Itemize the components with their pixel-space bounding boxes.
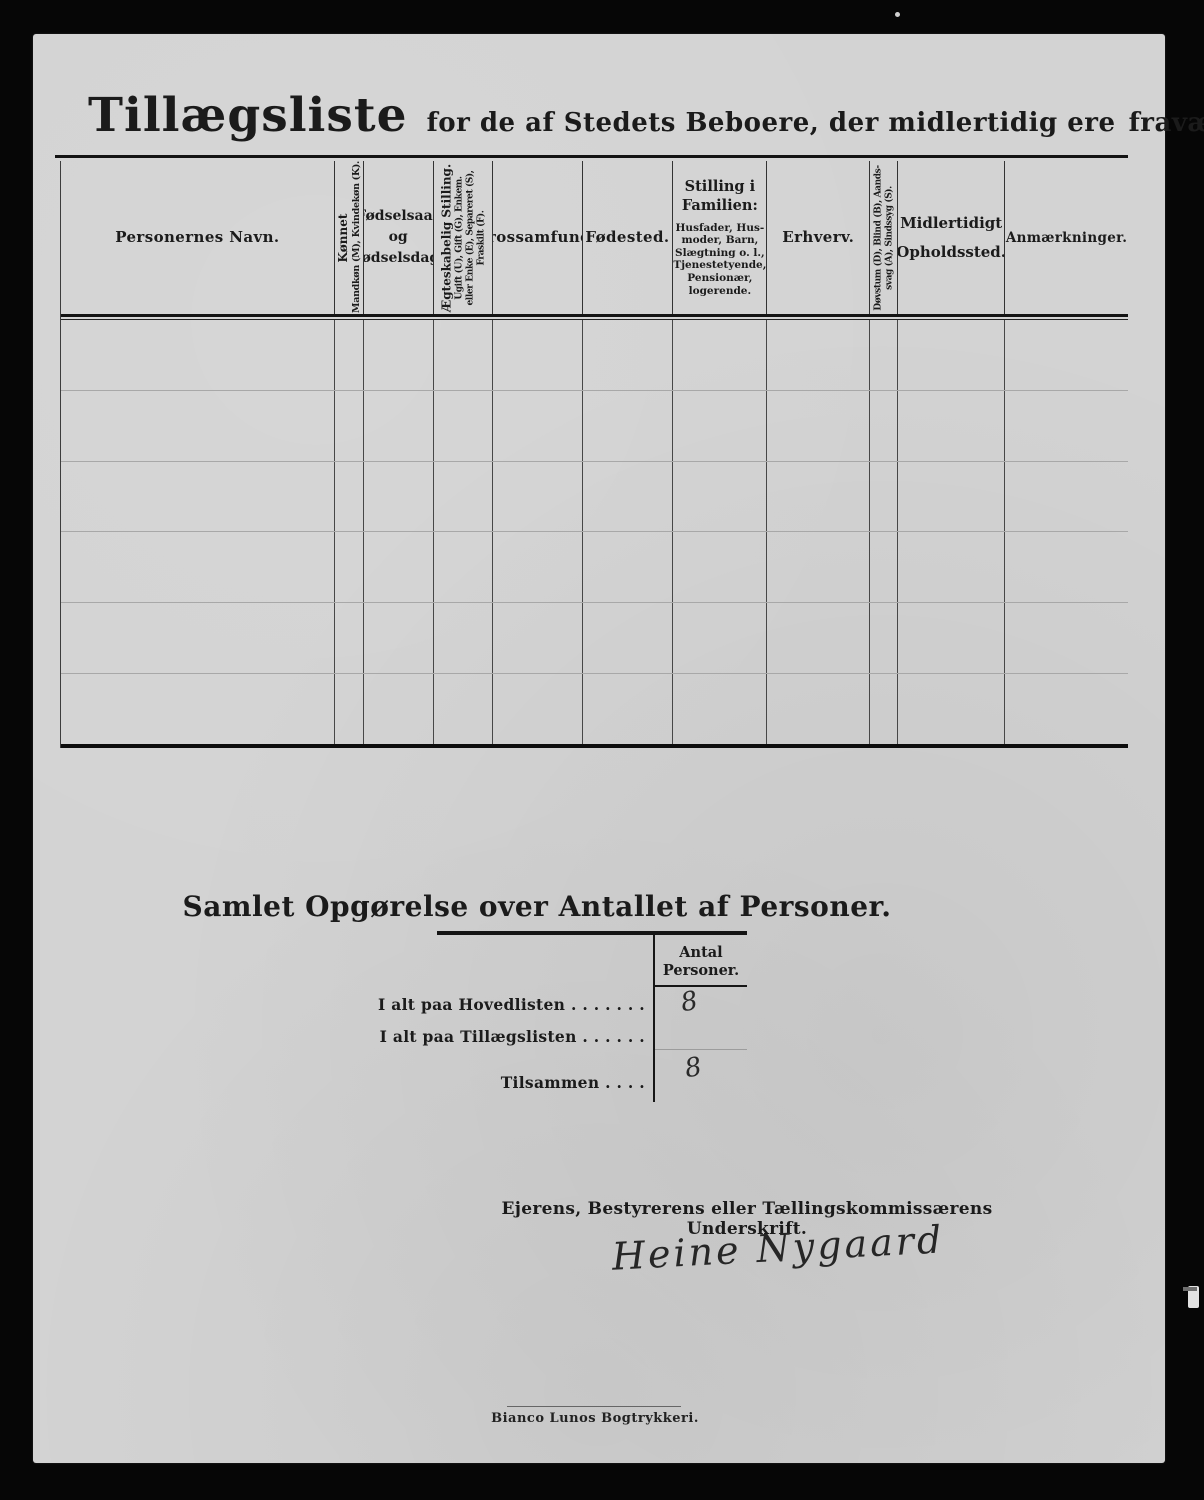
column-header-label: Døvstum (D), Blind (B), Aands-: [873, 163, 883, 313]
table-cell-sex: [335, 462, 364, 532]
column-header-label: Midlertidigt: [900, 209, 1002, 238]
paper-sheet: Tillægsliste for de af Stedets Beboere, …: [33, 34, 1165, 1463]
table-cell-birthplace: [583, 462, 674, 532]
table-cell-faith: [493, 532, 583, 602]
table-cell-birthplace: [583, 674, 674, 744]
page-title-main: Tillægsliste: [88, 88, 407, 143]
scan-dash: [1183, 1287, 1197, 1291]
column-header-faith: Trossamfund.: [493, 161, 583, 314]
column-header-label: Anmærkninger.: [1006, 230, 1127, 246]
summary-row-label: I alt paa Hovedlisten . . . . . . .: [378, 995, 645, 1014]
title-rule: [55, 155, 1128, 158]
column-header-residence: Midlertidigt Opholdssted.: [898, 161, 1005, 314]
column-header-label: Opholdssted.: [898, 238, 1005, 267]
summary-heading: Samlet Opgørelse over Antallet af Person…: [137, 890, 937, 923]
page-title: Tillægsliste for de af Stedets Beboere, …: [88, 88, 1138, 143]
summary-faint-rule: [655, 1049, 747, 1050]
census-table: Personernes Navn. Kønnet Mandkøn (M), Kv…: [60, 161, 1128, 748]
table-cell-family: [673, 674, 767, 744]
table-cell-faith: [493, 462, 583, 532]
table-cell-birth: [364, 391, 434, 461]
table-cell-family: [673, 462, 767, 532]
table-cell-occupation: [767, 603, 870, 673]
table-cell-birthplace: [583, 532, 674, 602]
table-row: [61, 674, 1128, 744]
table-row: [61, 391, 1128, 462]
table-cell-faith: [493, 320, 583, 390]
column-header-sex: Kønnet Mandkøn (M), Kvindekøn (K).: [335, 161, 364, 314]
column-header-label: svag (A), Sindssyg (S).: [884, 163, 894, 313]
table-cell-remarks: [1005, 462, 1128, 532]
table-cell-marital: [434, 391, 493, 461]
column-header-marital: Ægteskabelig Stilling. Ugift (U), Gift (…: [434, 161, 493, 314]
column-header-label: Ægteskabelig Stilling.: [439, 163, 453, 313]
column-header-label: Fødselsaar: [364, 206, 434, 227]
table-cell-birth: [364, 603, 434, 673]
table-cell-name: [61, 462, 335, 532]
scanned-page: Tillægsliste for de af Stedets Beboere, …: [0, 0, 1204, 1500]
column-header-remarks: Anmærkninger.: [1005, 161, 1128, 314]
vertical-label: Kønnet Mandkøn (M), Kvindekøn (K).: [336, 163, 362, 313]
column-header-family: Stilling i Familien: Husfader, Hus- mode…: [673, 161, 767, 314]
table-cell-disability: [870, 603, 898, 673]
table-cell-residence: [898, 391, 1005, 461]
table-cell-birth: [364, 674, 434, 744]
table-cell-marital: [434, 462, 493, 532]
table-cell-birth: [364, 462, 434, 532]
table-cell-faith: [493, 603, 583, 673]
table-cell-family: [673, 391, 767, 461]
page-title-emphasis: fraværende.: [1129, 108, 1204, 138]
table-cell-occupation: [767, 391, 870, 461]
table-body: [61, 320, 1128, 748]
column-header-name: Personernes Navn.: [61, 161, 335, 314]
table-cell-family: [673, 320, 767, 390]
table-cell-remarks: [1005, 320, 1128, 390]
table-row: [61, 320, 1128, 391]
table-cell-birth: [364, 320, 434, 390]
summary-values-column: Antal Personer. 8 8: [653, 935, 747, 1102]
table-cell-residence: [898, 320, 1005, 390]
table-cell-disability: [870, 391, 898, 461]
column-header-label: Ugift (U), Gift (G), Enkem.: [454, 163, 464, 313]
table-cell-residence: [898, 462, 1005, 532]
summary-labels: I alt paa Hovedlisten . . . . . . . I al…: [437, 935, 653, 1102]
table-cell-disability: [870, 320, 898, 390]
table-row: [61, 462, 1128, 533]
table-cell-faith: [493, 391, 583, 461]
table-cell-sex: [335, 320, 364, 390]
table-cell-birthplace: [583, 603, 674, 673]
table-row: [61, 532, 1128, 603]
table-cell-birth: [364, 532, 434, 602]
table-cell-marital: [434, 320, 493, 390]
handwritten-count-hovedlisten: 8: [679, 986, 701, 1018]
table-header-row: Personernes Navn. Kønnet Mandkøn (M), Kv…: [61, 161, 1128, 314]
table-cell-remarks: [1005, 603, 1128, 673]
summary-row-label: I alt paa Tillægslisten . . . . . .: [380, 1027, 645, 1046]
table-cell-birthplace: [583, 320, 674, 390]
column-header-label: Stilling i Familien:: [682, 178, 758, 216]
column-header-occupation: Erhverv.: [767, 161, 870, 314]
column-header-birthplace: Fødested.: [583, 161, 674, 314]
table-cell-occupation: [767, 320, 870, 390]
scan-speck: [895, 12, 900, 17]
table-cell-family: [673, 603, 767, 673]
table-cell-residence: [898, 603, 1005, 673]
table-cell-marital: [434, 532, 493, 602]
table-cell-remarks: [1005, 391, 1128, 461]
footer-rule: [507, 1406, 681, 1407]
table-cell-occupation: [767, 674, 870, 744]
table-cell-marital: [434, 674, 493, 744]
table-cell-name: [61, 391, 335, 461]
table-cell-disability: [870, 532, 898, 602]
table-cell-remarks: [1005, 532, 1128, 602]
table-cell-name: [61, 603, 335, 673]
table-cell-remarks: [1005, 674, 1128, 744]
column-header-label: Fødested.: [585, 228, 669, 247]
table-cell-disability: [870, 462, 898, 532]
handwritten-count-tilsammen: 8: [683, 1052, 705, 1084]
page-title-rest: for de af Stedets Beboere, der midlertid…: [427, 108, 1116, 138]
column-header-disability: Døvstum (D), Blind (B), Aands- svag (A),…: [870, 161, 898, 314]
table-row: [61, 603, 1128, 674]
table-cell-marital: [434, 603, 493, 673]
table-cell-residence: [898, 532, 1005, 602]
column-header-label: og: [389, 227, 408, 248]
printer-imprint: Bianco Lunos Bogtrykkeri.: [445, 1411, 745, 1426]
table-cell-family: [673, 532, 767, 602]
column-header-label: Trossamfund.: [493, 228, 583, 247]
column-header-birth: Fødselsaar og Fødselsdag.: [364, 161, 434, 314]
table-cell-disability: [870, 674, 898, 744]
table-cell-birthplace: [583, 391, 674, 461]
table-cell-sex: [335, 532, 364, 602]
table-cell-name: [61, 674, 335, 744]
table-cell-faith: [493, 674, 583, 744]
table-cell-residence: [898, 674, 1005, 744]
column-header-label: Mandkøn (M), Kvindekøn (K).: [351, 163, 362, 313]
table-cell-occupation: [767, 462, 870, 532]
summary-column-header: Antal Personer.: [655, 935, 747, 980]
column-header-label: Personernes Navn.: [115, 228, 279, 247]
table-cell-sex: [335, 391, 364, 461]
table-cell-name: [61, 532, 335, 602]
column-header-label: Erhverv.: [782, 228, 854, 247]
vertical-label: Døvstum (D), Blind (B), Aands- svag (A),…: [873, 163, 894, 313]
column-header-label: Kønnet: [336, 163, 350, 313]
summary-table: I alt paa Hovedlisten . . . . . . . I al…: [437, 931, 747, 1102]
column-header-label: eller Enke (E), Separeret (S),: [465, 163, 475, 313]
vertical-label: Ægteskabelig Stilling. Ugift (U), Gift (…: [439, 163, 486, 313]
table-cell-sex: [335, 674, 364, 744]
table-cell-name: [61, 320, 335, 390]
summary-row-label: Tilsammen . . . .: [501, 1073, 645, 1092]
table-cell-occupation: [767, 532, 870, 602]
column-header-label: Fraskilt (F).: [476, 163, 486, 313]
column-header-sublabel: Husfader, Hus- moder, Barn, Slægtning o.…: [673, 222, 766, 298]
table-cell-sex: [335, 603, 364, 673]
summary-column-rule: [655, 985, 747, 987]
column-header-label: Fødselsdag.: [364, 248, 434, 269]
